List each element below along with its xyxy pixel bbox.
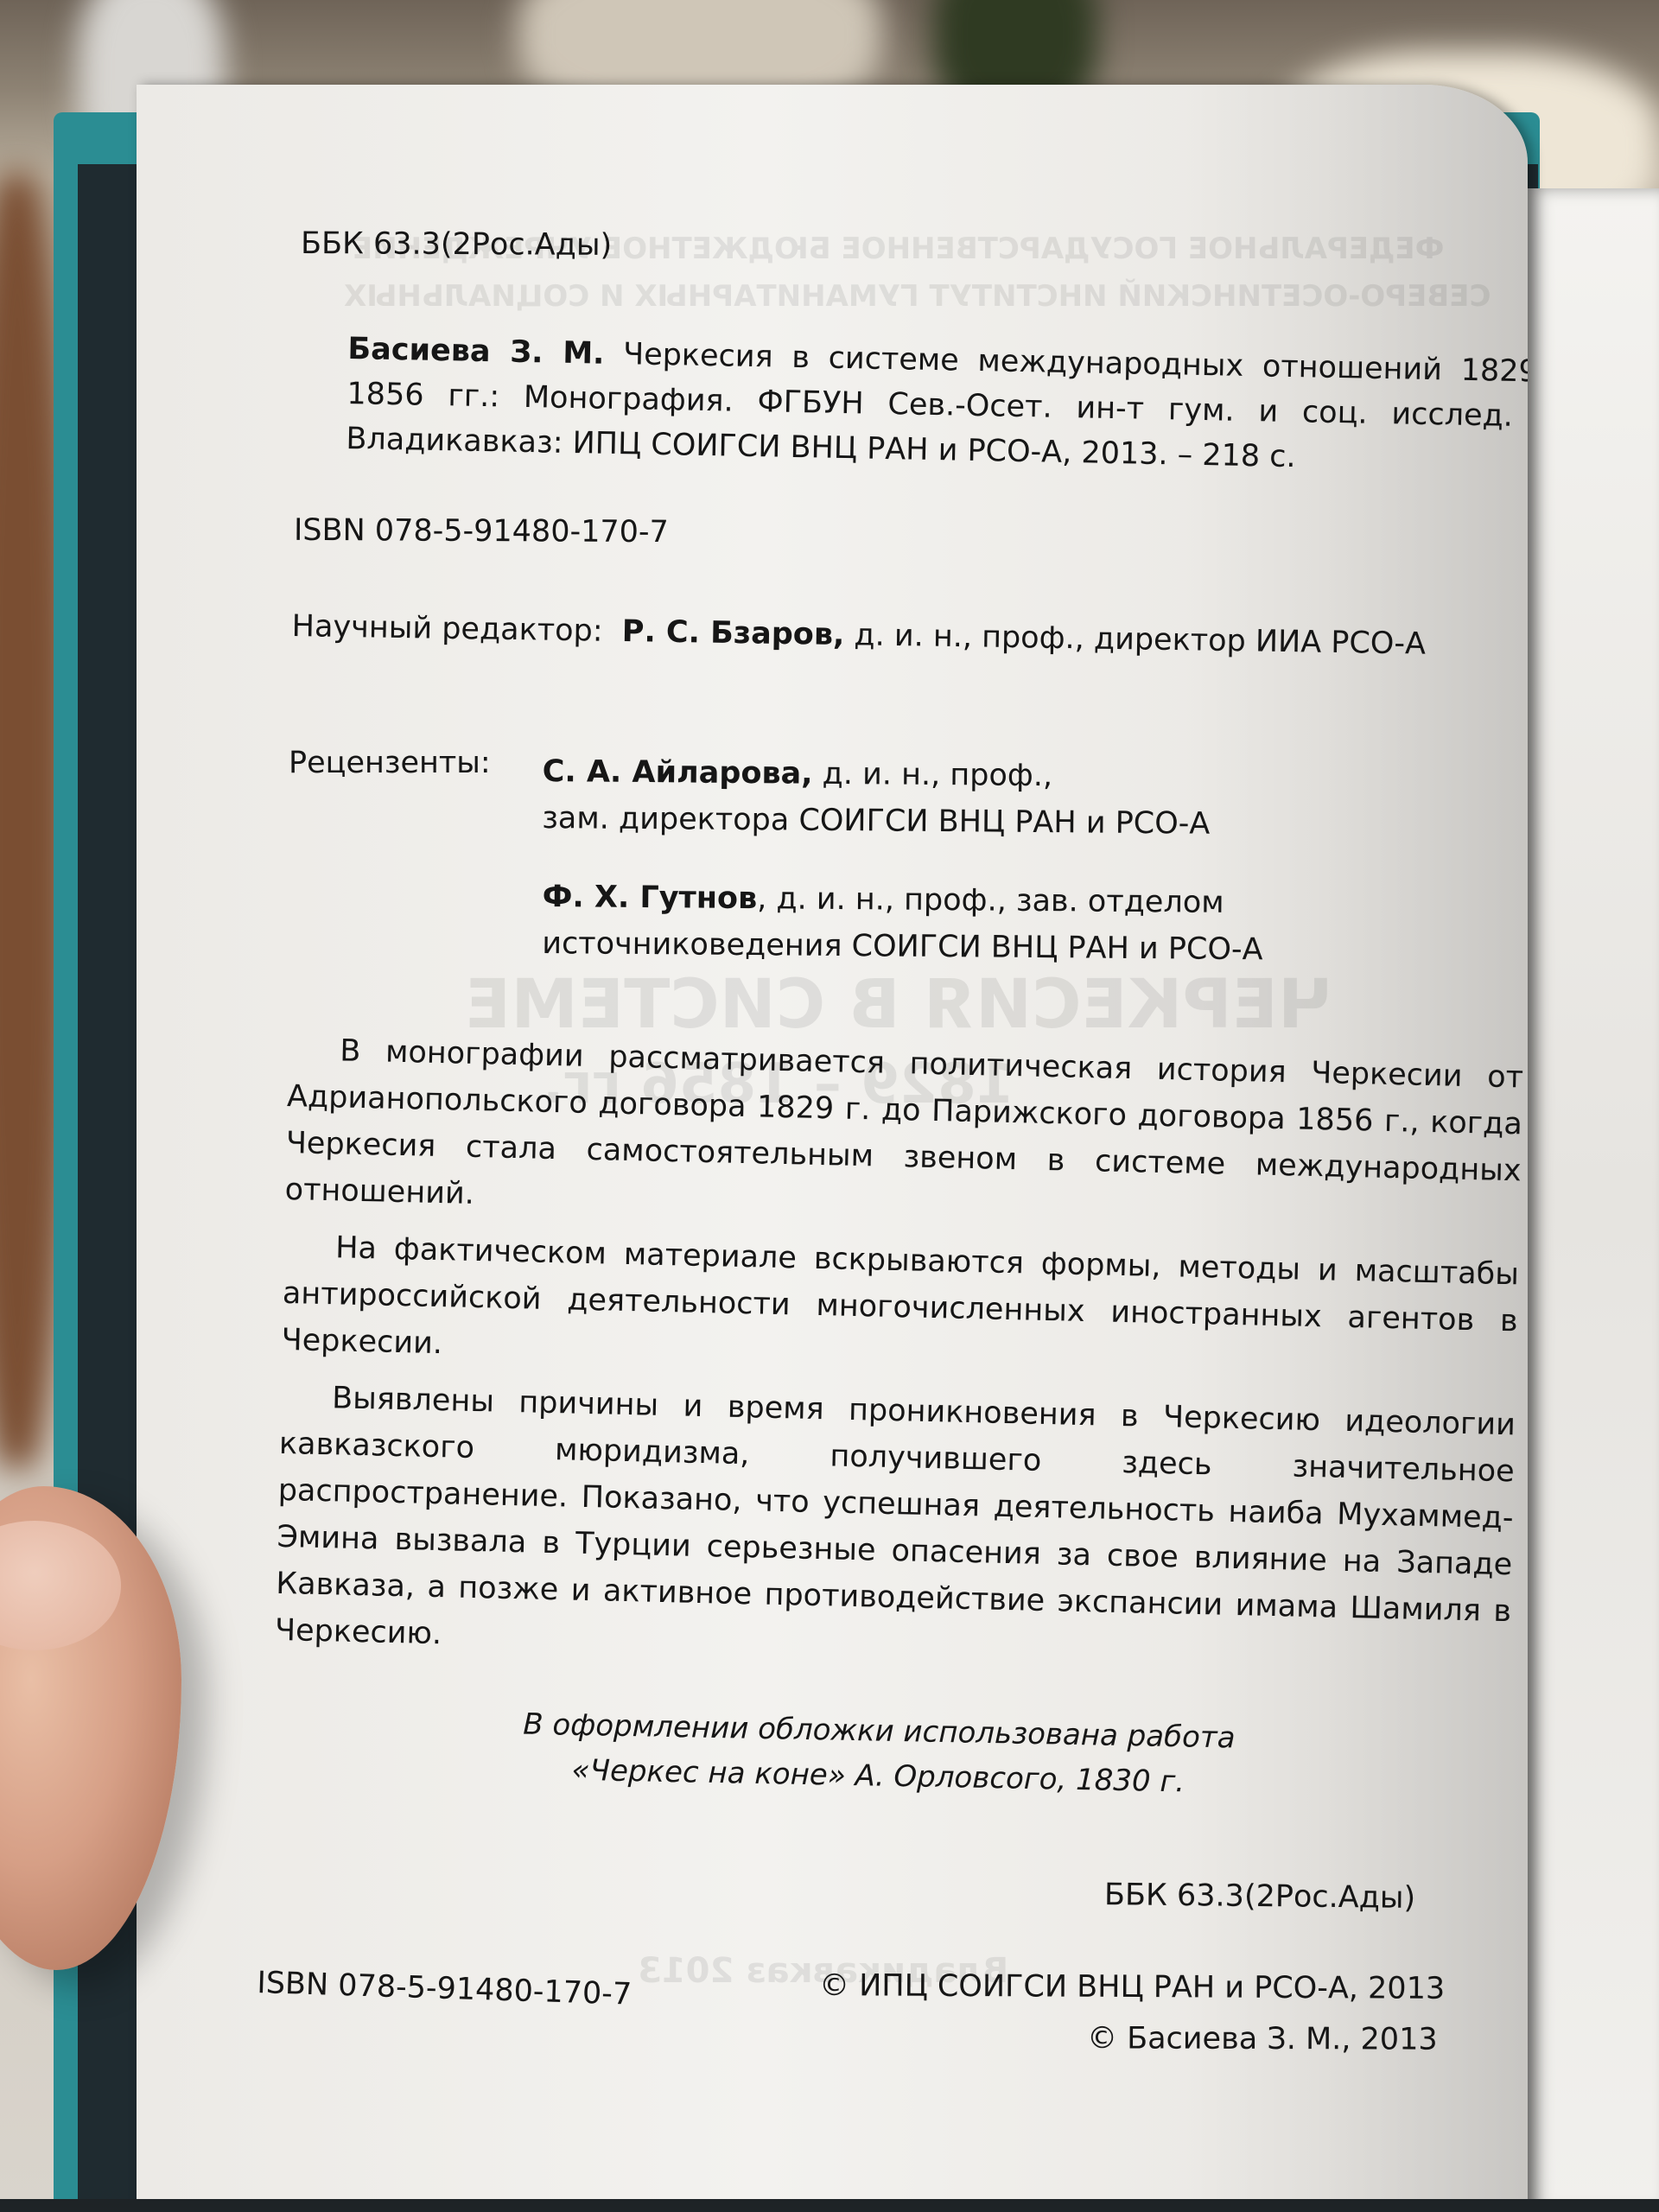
reviewer-credentials: , д. и. н., проф., зав. отделом — [757, 881, 1224, 920]
scientific-editor: Научный редактор: Р. С. Бзаров, д. и. н.… — [291, 612, 1426, 660]
reviewer: С. А. Айларова, д. и. н., проф., зам. ди… — [542, 748, 1211, 848]
reviewer-credentials: д. и. н., проф., — [822, 757, 1052, 793]
isbn-bottom: ISBN 078-5-91480-170-7 — [257, 1968, 632, 2011]
bbk-code-bottom: ББК 63.3(2Рос.Ады) — [1104, 1880, 1416, 1914]
copyright-author: © Басиева З. М., 2013 — [1087, 2024, 1438, 2055]
next-page-edge — [1528, 188, 1659, 2212]
reviewer: Ф. Х. Гутнов, д. и. н., проф., зав. отде… — [542, 874, 1263, 973]
reviewer-name: С. А. Айларова, — [543, 754, 813, 791]
isbn: ISBN 078-5-91480-170-7 — [294, 516, 669, 548]
cover-art-note: В оформлении обложки использована работа… — [446, 1700, 1312, 1807]
abstract-paragraph: В монографии рассматривается политическа… — [284, 1027, 1524, 1241]
cover-note-line: В оформлении обложки использована работа — [523, 1707, 1236, 1756]
book-bottom-edge — [0, 2199, 1659, 2212]
author-name: Басиева З. М. — [347, 332, 605, 372]
show-through-text: СЕВЕРО-ОСЕТИНСКИЙ ИНСТИТУТ ГУМАНИТАРНЫХ … — [344, 279, 1491, 314]
abstract-paragraph: На фактическом материале вскрываются фор… — [281, 1224, 1519, 1391]
reviewer-position: зам. директора СОИГСИ ВНЦ РАН и РСО-А — [542, 801, 1210, 842]
editor-name: Р. С. Бзаров, — [622, 614, 845, 652]
abstract-paragraph: Выявлены причины и время проникновения в… — [275, 1374, 1516, 1681]
reviewer-name: Ф. Х. Гутнов — [543, 880, 758, 916]
copyright-publisher: © ИПЦ СОИГСИ ВНЦ РАН и РСО-А, 2013 — [819, 1971, 1445, 2005]
book-page: ФЕДЕРАЛЬНОЕ ГОСУДАРСТВЕННОЕ БЮДЖЕТНОЕ УЧ… — [137, 85, 1528, 2212]
bbk-code: ББК 63.3(2Рос.Ады) — [301, 229, 612, 261]
editor-label: Научный редактор: — [291, 609, 602, 649]
reviewers-label: Рецензенты: — [289, 748, 491, 779]
cover-note-line: «Черкес на коне» А. Орловсого, 1830 г. — [571, 1753, 1185, 1800]
show-through-text: ЧЕРКЕСИЯ В СИСТЕМЕ — [465, 966, 1332, 1044]
reviewer-position: источниковедения СОИГСИ ВНЦ РАН и РСО-А — [542, 926, 1263, 967]
bibliographic-record: Басиева З. М. Черкесия в системе междуна… — [346, 327, 1528, 485]
abstract: В монографии рассматривается политическа… — [274, 1027, 1523, 1692]
editor-credentials: д. и. н., проф., директор ИИА РСО-А — [854, 618, 1426, 661]
